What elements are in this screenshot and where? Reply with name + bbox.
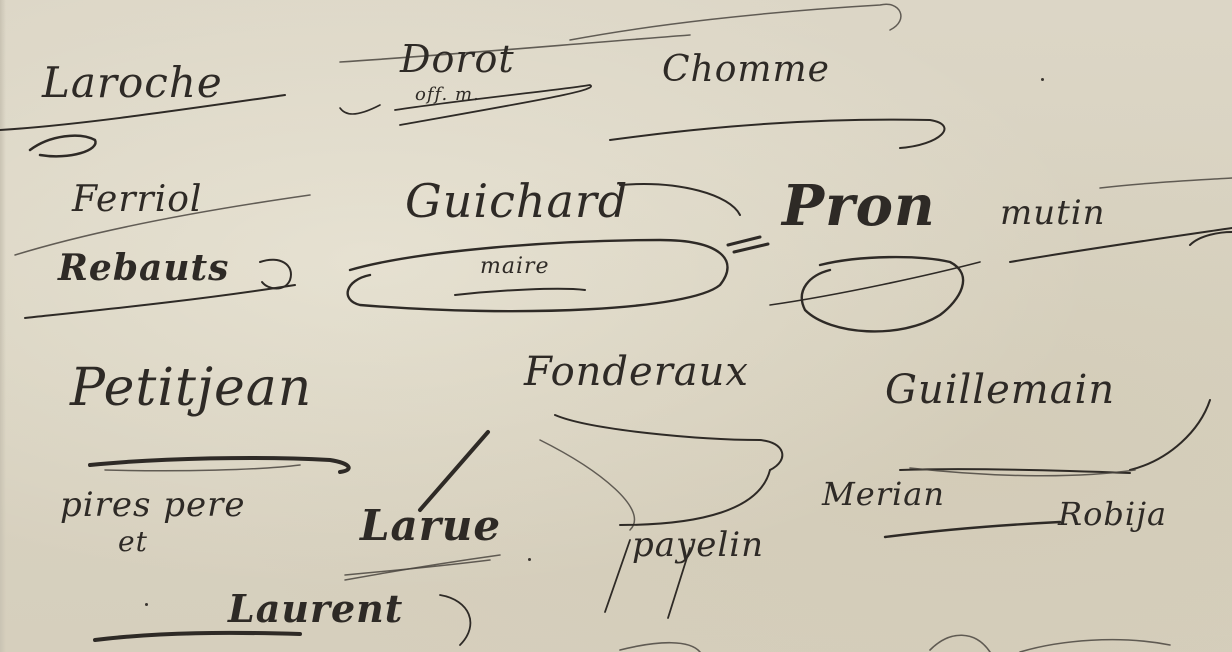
signature-chomme: Chomme bbox=[662, 52, 830, 88]
signature-robija: Robija bbox=[1058, 498, 1167, 530]
manuscript-page: Laroche Dorot off. m. Chomme Ferriol Reb… bbox=[0, 0, 1232, 652]
ink-speck bbox=[528, 558, 531, 561]
signature-merian: Merian bbox=[822, 478, 945, 510]
ink-speck bbox=[1041, 78, 1044, 81]
signature-pron: Pron bbox=[782, 178, 936, 234]
signature-laroche: Laroche bbox=[42, 62, 223, 104]
signature-dorot: Dorot bbox=[400, 40, 515, 78]
signature-payelin: payelin bbox=[632, 528, 764, 562]
signature-laurent: Laurent bbox=[228, 590, 403, 628]
signature-guichard: Guichard bbox=[405, 178, 628, 224]
signature-guichard-title: maire bbox=[480, 256, 550, 278]
signature-dorot-annotation: off. m. bbox=[415, 86, 480, 104]
signature-ferriol: Ferriol bbox=[72, 182, 202, 218]
signature-petitjean: Petitjean bbox=[70, 362, 312, 414]
signature-rebauts: Rebauts bbox=[58, 250, 229, 286]
signature-larue: Larue bbox=[360, 505, 501, 547]
signature-fonderaux: Fonderaux bbox=[524, 352, 749, 392]
signature-pires-pere: pires pere bbox=[60, 488, 246, 522]
signature-pires-et: et bbox=[118, 528, 148, 556]
signature-mutin: mutin bbox=[1000, 196, 1106, 230]
signature-guillemain: Guillemain bbox=[885, 370, 1115, 410]
ink-speck bbox=[145, 603, 148, 606]
